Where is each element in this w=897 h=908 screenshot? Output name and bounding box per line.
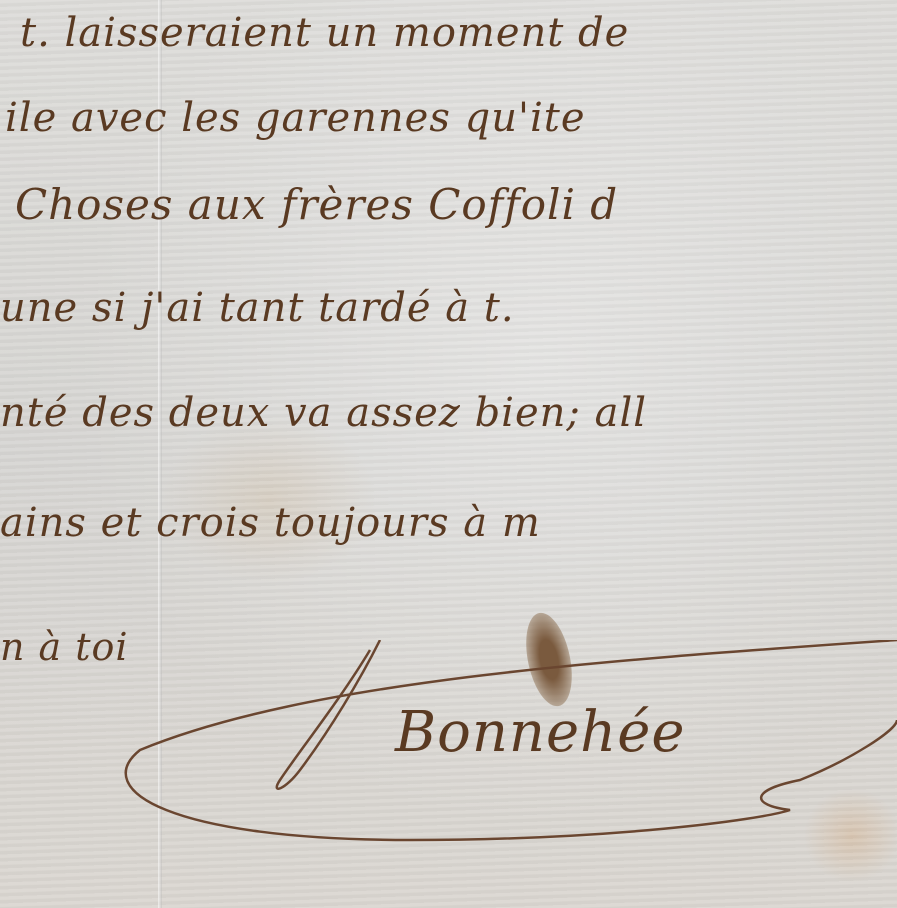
signature-flourish xyxy=(110,640,897,870)
handwritten-line-6: ains et crois toujours à m xyxy=(0,500,541,546)
handwritten-line-5: nté des deux va assez bien; all xyxy=(0,390,647,436)
handwritten-line-2: ile avec les garennes qu'ite xyxy=(5,95,586,141)
handwritten-line-4: une si j'ai tant tardé à t. xyxy=(0,285,515,331)
handwritten-line-3: Choses aux frères Coffoli d xyxy=(15,180,618,229)
handwritten-line-1: t. laisseraient un moment de xyxy=(20,10,629,56)
